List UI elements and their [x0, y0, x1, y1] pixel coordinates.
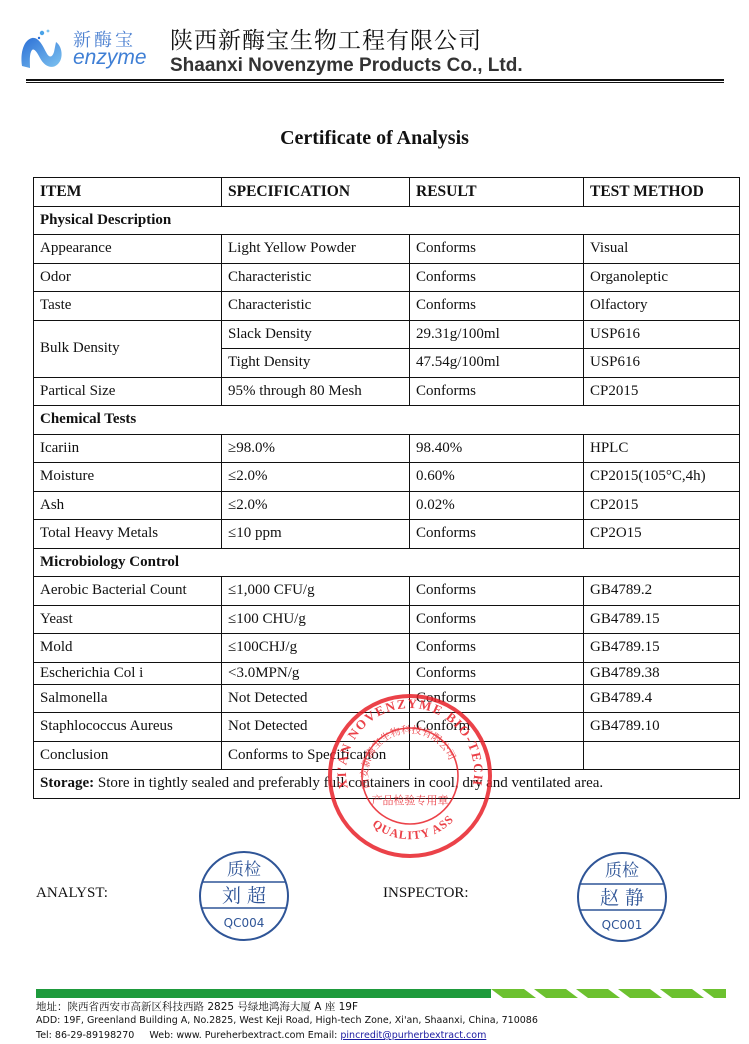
novenzyme-logo-icon: [18, 28, 68, 70]
cell-result: 47.54g/100ml: [410, 349, 584, 378]
cell-method: Organoleptic: [584, 263, 740, 292]
cell-method: USP616: [584, 320, 740, 349]
cell-item: Salmonella: [34, 684, 222, 713]
column-header-test-method: TEST METHOD: [584, 178, 740, 207]
column-header-result: RESULT: [410, 178, 584, 207]
cell-item: Aerobic Bacterial Count: [34, 577, 222, 606]
inspector-label: INSPECTOR:: [383, 885, 469, 902]
cell-spec: ≤100CHJ/g: [222, 634, 410, 663]
analysis-table: ITEM SPECIFICATION RESULT TEST METHOD Ph…: [33, 177, 740, 799]
cell-item: Yeast: [34, 605, 222, 634]
cell-spec: ≤10 ppm: [222, 520, 410, 549]
cell-result: Conforms: [410, 662, 584, 684]
footer-address-chinese: 地址：陕西省西安市高新区科技西路 2825 号绿地鸿海大厦 A 座 19F: [36, 999, 358, 1014]
cell-spec: ≥98.0%: [222, 434, 410, 463]
column-header-specification: SPECIFICATION: [222, 178, 410, 207]
footer-tel: Tel: 86-29-89198270: [36, 1030, 134, 1041]
cell-spec: Tight Density: [222, 349, 410, 378]
cell-spec: Light Yellow Powder: [222, 235, 410, 264]
cell-method: HPLC: [584, 434, 740, 463]
logo-english-text: enzyme: [73, 46, 147, 70]
footer-decorative-bar: [36, 989, 726, 998]
cell-spec: Characteristic: [222, 263, 410, 292]
cell-result: Conforms: [410, 292, 584, 321]
analyst-qc-stamp: 质检 刘 超 QC004: [198, 850, 290, 942]
stamp-name-text: 赵 静: [600, 887, 644, 909]
cell-method: GB4789.2: [584, 577, 740, 606]
table-row: Partical Size 95% through 80 Mesh Confor…: [34, 377, 740, 406]
document-title: Certificate of Analysis: [0, 127, 749, 150]
analyst-label: ANALYST:: [36, 885, 108, 902]
cell-spec: Not Detected: [222, 684, 410, 713]
cell-method: CP2015: [584, 491, 740, 520]
company-name-english: Shaanxi Novenzyme Products Co., Ltd.: [170, 55, 523, 77]
footer-web[interactable]: Web: www. Pureherbextract.com: [149, 1030, 304, 1041]
cell-method: Visual: [584, 235, 740, 264]
cell-result: 29.31g/100ml: [410, 320, 584, 349]
cell-item: Partical Size: [34, 377, 222, 406]
table-row: Total Heavy Metals ≤10 ppm Conforms CP2O…: [34, 520, 740, 549]
table-row: Escherichia Col i <3.0MPN/g Conforms GB4…: [34, 662, 740, 684]
table-row: Salmonella Not Detected Conforms GB4789.…: [34, 684, 740, 713]
cell-result: Conforms: [410, 605, 584, 634]
table-row: Odor Characteristic Conforms Organolepti…: [34, 263, 740, 292]
cell-item: Escherichia Col i: [34, 662, 222, 684]
cell-result: 0.02%: [410, 491, 584, 520]
cell-method: GB4789.38: [584, 662, 740, 684]
cell-spec: ≤2.0%: [222, 491, 410, 520]
cell-item: Appearance: [34, 235, 222, 264]
cell-item: Icariin: [34, 434, 222, 463]
cell-item: Taste: [34, 292, 222, 321]
stamp-name-text: 刘 超: [222, 885, 266, 907]
cell-result: 0.60%: [410, 463, 584, 492]
cell-result: Conforms: [410, 634, 584, 663]
table-row: Ash ≤2.0% 0.02% CP2015: [34, 491, 740, 520]
table-row: Icariin ≥98.0% 98.40% HPLC: [34, 434, 740, 463]
cell-result: Conforms: [410, 263, 584, 292]
cell-result: [410, 741, 584, 770]
cell-item: Staphlococcus Aureus: [34, 713, 222, 742]
cell-result: Conforms: [410, 684, 584, 713]
company-logo: 新酶宝 enzyme: [18, 22, 163, 72]
cell-spec: Characteristic: [222, 292, 410, 321]
cell-method: USP616: [584, 349, 740, 378]
cell-method: GB4789.15: [584, 634, 740, 663]
table-row: Aerobic Bacterial Count ≤1,000 CFU/g Con…: [34, 577, 740, 606]
footer-address-english: ADD: 19F, Greenland Building A, No.2825,…: [36, 1015, 538, 1026]
section-header-physical: Physical Description: [34, 206, 740, 235]
section-header-microbiology: Microbiology Control: [34, 548, 740, 577]
cell-spec: 95% through 80 Mesh: [222, 377, 410, 406]
cell-result: Conform: [410, 713, 584, 742]
table-row: Staphlococcus Aureus Not Detected Confor…: [34, 713, 740, 742]
cell-spec: <3.0MPN/g: [222, 662, 410, 684]
cell-item: Moisture: [34, 463, 222, 492]
cell-spec: Conforms to Specification: [222, 741, 410, 770]
cell-method: CP2015: [584, 377, 740, 406]
cell-item: Mold: [34, 634, 222, 663]
cell-method: Olfactory: [584, 292, 740, 321]
cell-spec: ≤100 CHU/g: [222, 605, 410, 634]
table-row: Yeast ≤100 CHU/g Conforms GB4789.15: [34, 605, 740, 634]
header-divider: [26, 79, 724, 83]
storage-cell: Storage: Store in tightly sealed and pre…: [34, 770, 740, 799]
cell-spec: ≤1,000 CFU/g: [222, 577, 410, 606]
cell-method: GB4789.4: [584, 684, 740, 713]
stamp-code-text: QC004: [224, 916, 265, 930]
cell-result: Conforms: [410, 520, 584, 549]
section-title: Microbiology Control: [34, 548, 740, 577]
table-row-conclusion: Conclusion Conforms to Specification: [34, 741, 740, 770]
cell-item: Total Heavy Metals: [34, 520, 222, 549]
table-row: Mold ≤100CHJ/g Conforms GB4789.15: [34, 634, 740, 663]
section-header-chemical: Chemical Tests: [34, 406, 740, 435]
cell-item: Odor: [34, 263, 222, 292]
stamp-code-text: QC001: [602, 918, 643, 932]
footer-email-label: Email:: [308, 1030, 338, 1041]
table-header-row: ITEM SPECIFICATION RESULT TEST METHOD: [34, 178, 740, 207]
footer-contact-line: Tel: 86-29-89198270 Web: www. Pureherbex…: [36, 1030, 486, 1041]
cell-method: CP2O15: [584, 520, 740, 549]
cell-result: 98.40%: [410, 434, 584, 463]
storage-label: Storage:: [40, 775, 94, 791]
table-row: Moisture ≤2.0% 0.60% CP2015(105°C,4h): [34, 463, 740, 492]
stamp-top-text: 质检: [227, 860, 261, 880]
cell-spec: Slack Density: [222, 320, 410, 349]
inspector-qc-stamp: 质检 赵 静 QC001: [576, 851, 668, 943]
cell-spec: ≤2.0%: [222, 463, 410, 492]
footer-email-link[interactable]: pincredit@purherbextract.com: [340, 1030, 486, 1041]
cell-spec: Not Detected: [222, 713, 410, 742]
stamp-top-text: 质检: [605, 861, 639, 881]
cell-result: Conforms: [410, 235, 584, 264]
table-row: Bulk Density Slack Density 29.31g/100ml …: [34, 320, 740, 349]
cell-item: Ash: [34, 491, 222, 520]
column-header-item: ITEM: [34, 178, 222, 207]
cell-method: [584, 741, 740, 770]
cell-method: CP2015(105°C,4h): [584, 463, 740, 492]
cell-result: Conforms: [410, 577, 584, 606]
cell-item-bulk-density: Bulk Density: [34, 320, 222, 377]
storage-text: Store in tightly sealed and preferably f…: [98, 775, 603, 791]
table-row: Taste Characteristic Conforms Olfactory: [34, 292, 740, 321]
cell-method: GB4789.10: [584, 713, 740, 742]
cell-result: Conforms: [410, 377, 584, 406]
section-title: Physical Description: [34, 206, 740, 235]
section-title: Chemical Tests: [34, 406, 740, 435]
cell-item: Conclusion: [34, 741, 222, 770]
storage-row: Storage: Store in tightly sealed and pre…: [34, 770, 740, 799]
company-name-chinese: 陕西新酶宝生物工程有限公司: [170, 22, 482, 55]
cell-method: GB4789.15: [584, 605, 740, 634]
table-row: Appearance Light Yellow Powder Conforms …: [34, 235, 740, 264]
